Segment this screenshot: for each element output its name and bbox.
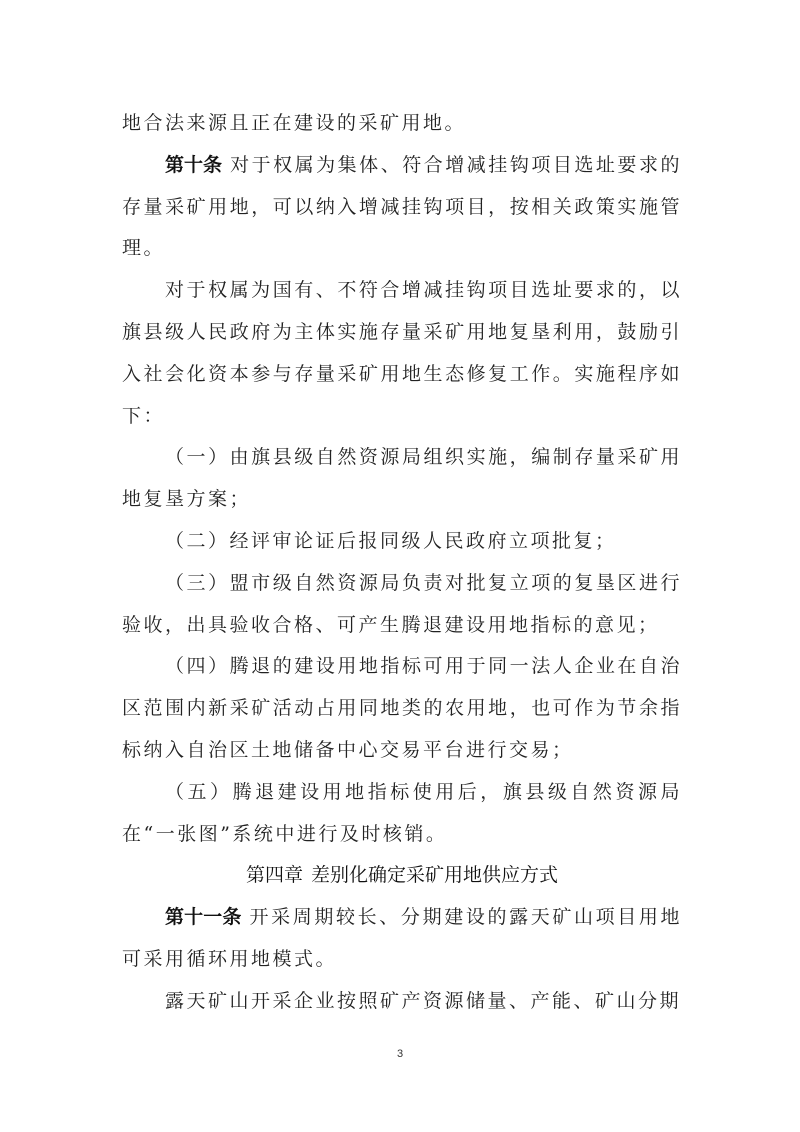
document-page: 地合法来源且正在建设的采矿用地。 第十条对于权属为集体、符合增减挂钩项目选址要求…	[0, 0, 800, 1132]
paragraph-state-owned: 对于权属为国有、不符合增减挂钩项目选址要求的，以旗县级人民政府为主体实施存量采矿…	[122, 270, 682, 437]
chapter-title: 差别化确定采矿用地供应方式	[311, 864, 558, 886]
article-11: 第十一条开采周期较长、分期建设的露天矿山项目用地可采用循环用地模式。	[122, 897, 682, 981]
procedure-step-1: （一）由旗县级自然资源局组织实施，编制存量采矿用地复垦方案；	[122, 437, 682, 521]
chapter-heading: 第四章差别化确定采矿用地供应方式	[122, 855, 682, 897]
page-number: 3	[0, 1048, 800, 1060]
paragraph-continuation: 地合法来源且正在建设的采矿用地。	[122, 103, 682, 145]
chapter-number: 第四章	[246, 864, 303, 886]
article-10: 第十条对于权属为集体、符合增减挂钩项目选址要求的存量采矿用地，可以纳入增减挂钩项…	[122, 145, 682, 270]
procedure-step-2: （二）经评审论证后报同级人民政府立项批复；	[122, 521, 682, 563]
procedure-step-5: （五）腾退建设用地指标使用后，旗县级自然资源局在“一张图”系统中进行及时核销。	[122, 772, 682, 856]
procedure-step-4: （四）腾退的建设用地指标可用于同一法人企业在自治区范围内新采矿活动占用同地类的农…	[122, 646, 682, 771]
procedure-step-3: （三）盟市级自然资源局负责对批复立项的复垦区进行验收，出具验收合格、可产生腾退建…	[122, 563, 682, 647]
article-10-heading: 第十条	[165, 154, 222, 176]
document-body: 地合法来源且正在建设的采矿用地。 第十条对于权属为集体、符合增减挂钩项目选址要求…	[122, 103, 682, 1023]
paragraph-open-pit: 露天矿山开采企业按照矿产资源储量、产能、矿山分期	[122, 981, 682, 1023]
article-11-heading: 第十一条	[165, 906, 242, 928]
